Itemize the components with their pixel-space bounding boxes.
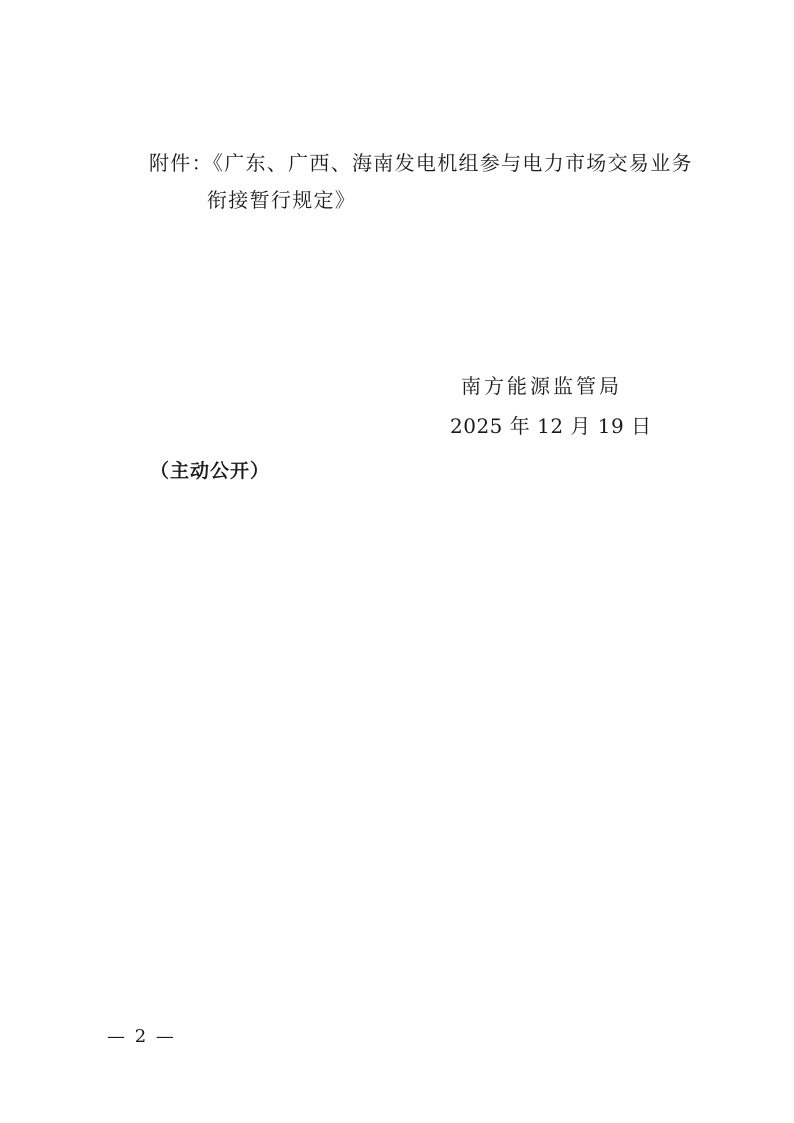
issuing-authority: 南方能源监管局	[461, 373, 622, 399]
disclosure-status: （主动公开）	[150, 458, 270, 484]
issue-date: 2025 年 12 月 19 日	[450, 413, 652, 439]
attachment-title-line-2: 衔接暂行规定》	[207, 187, 356, 213]
page-number: — 2 —	[107, 1026, 176, 1048]
attachment-title-line-1: 附件：《广东、广西、海南发电机组参与电力市场交易业务	[149, 150, 693, 176]
